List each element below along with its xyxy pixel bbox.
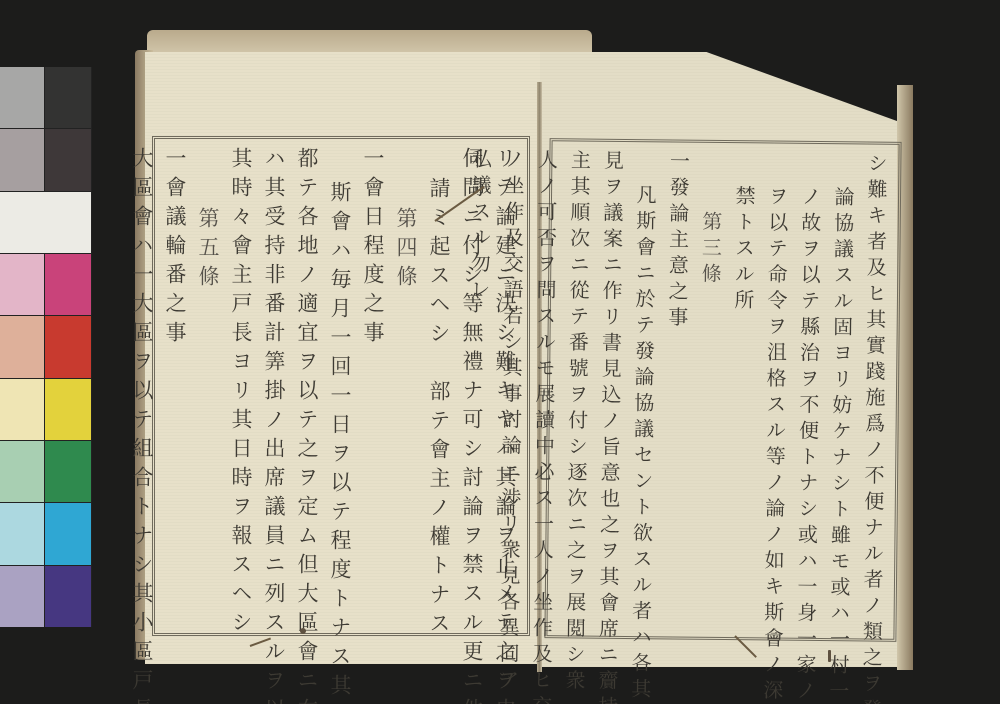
color-swatch bbox=[0, 192, 91, 253]
text-column: 其時々會主戸長ヨリ其日時ヲ報スヘシ bbox=[224, 147, 257, 625]
text-column: 私議スル勿レ bbox=[459, 148, 497, 626]
text-column: ヲ以テ命令ヲ沮格スル等ノ論ノ如キ斯會ノ深ク bbox=[755, 151, 793, 629]
color-swatch bbox=[45, 67, 91, 128]
article-heading: 第四條 bbox=[389, 147, 422, 625]
color-swatch bbox=[45, 129, 91, 190]
color-swatch bbox=[45, 254, 91, 315]
color-swatch bbox=[0, 67, 44, 128]
text-column: 斯會ハ毎月一回一日ヲ以テ程度トナス其日時ハ bbox=[323, 147, 356, 625]
color-swatch bbox=[45, 379, 91, 440]
section-heading: 一會議輪番之事 bbox=[158, 147, 191, 625]
text-column: 凡斯會ニ於テ發論協議セント欲スル者ハ各其意 bbox=[624, 150, 662, 628]
paper-spot bbox=[828, 650, 831, 662]
text-column: ノ故ヲ以テ縣治ヲ不便トナシ或ハ一身一家ノ故 bbox=[788, 152, 826, 630]
text-column: 都テ各地ノ適宜ヲ以テ之ヲ定ム但大區會ニ在テ bbox=[290, 147, 323, 625]
text-column: シ難キ者及ヒ其實踐施爲ノ不便ナル者ノ類之ヲ發 bbox=[854, 152, 892, 630]
color-swatch bbox=[45, 316, 91, 377]
open-book: リテ論建ニ決シ難キヤハ其論ヲ止メテ之ヲ申聯 伺問ニ付シ等無禮ナ可シ討論ヲ禁スル更… bbox=[135, 30, 915, 670]
color-swatch bbox=[0, 503, 44, 564]
text-column: 人ノ可否ヲ問スルモ展讀中必ス一人ノ坐作及ヒ交語若シ bbox=[525, 149, 563, 627]
text-column: 大區會ハ一大區ヲ以テ組合トナシ其小區戸長輪 bbox=[125, 147, 158, 625]
right-page-text: シ難キ者及ヒ其實踐施爲ノ不便ナル者ノ類之ヲ發 論協議スル固ヨリ妨ケナシト雖モ或ハ… bbox=[554, 149, 893, 630]
text-column: 論協議スル固ヨリ妨ケナシト雖モ或ハ一村一區 bbox=[821, 152, 859, 630]
color-swatch bbox=[0, 254, 44, 315]
paper-spot bbox=[300, 628, 306, 634]
color-swatch bbox=[0, 316, 44, 377]
section-heading: 一發論主意之事 bbox=[657, 150, 695, 628]
color-swatch bbox=[0, 566, 44, 627]
color-swatch bbox=[0, 129, 44, 190]
text-column: ハ其受持非番計筭掛ノ出席議員ニ列スルヲ以テ bbox=[257, 147, 290, 625]
color-swatch bbox=[0, 379, 44, 440]
color-swatch bbox=[45, 503, 91, 564]
article-heading: 第五條 bbox=[191, 147, 224, 625]
text-column: 主其順次ニ從テ番號ヲ付シ逐次ニ之ヲ展閲シ衆 bbox=[558, 149, 596, 627]
color-calibration-chart bbox=[0, 67, 92, 627]
right-page-text-frame: シ難キ者及ヒ其實踐施爲ノ不便ナル者ノ類之ヲ發 論協議スル固ヨリ妨ケナシト雖モ或ハ… bbox=[544, 138, 901, 642]
color-swatch bbox=[45, 441, 91, 502]
article-heading: 第三條 bbox=[689, 151, 727, 629]
section-heading: 一會日程度之事 bbox=[356, 147, 389, 625]
text-column: ノ坐作及交語若シ其事討論ニ渉リ衆見各異同ア bbox=[492, 149, 530, 627]
text-column: 禁トスル所 bbox=[722, 151, 760, 629]
color-swatch bbox=[0, 441, 44, 502]
color-swatch bbox=[45, 566, 91, 627]
text-column: 見ヲ議案ニ作リ書見込ノ旨意也之ヲ其會席ニ齎持ス會 bbox=[591, 150, 629, 628]
